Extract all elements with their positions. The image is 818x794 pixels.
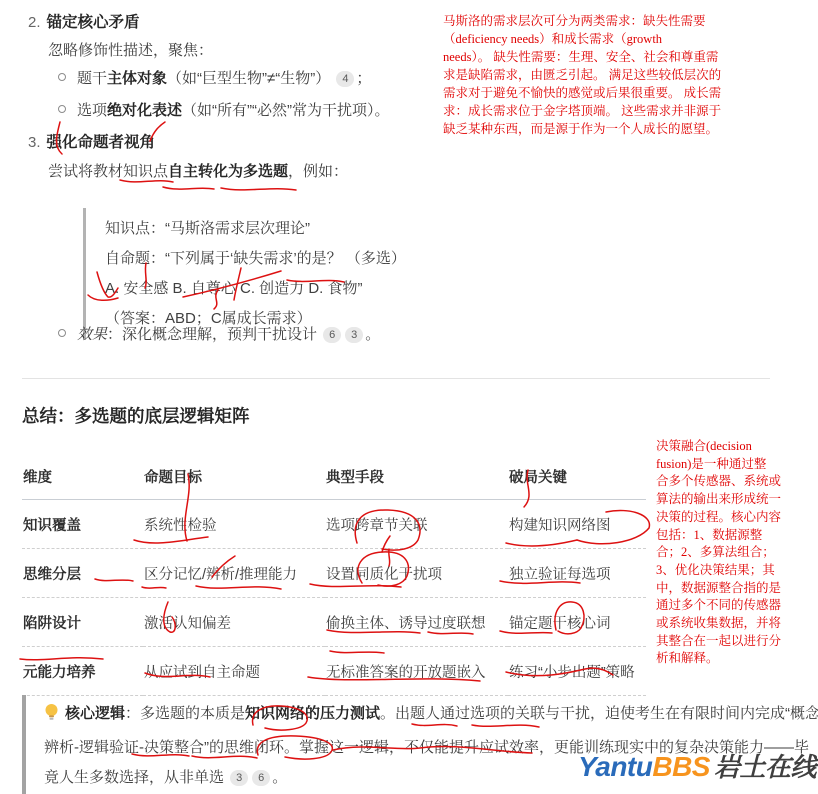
- effect-text: ：深化概念理解，预判干扰设计: [107, 326, 317, 343]
- table-row: 陷阱设计 激活认知偏差 偷换主体、诱导过度联想 锚定题干核心词: [22, 598, 646, 647]
- note-line: 求是缺陷需求，由匮乏引起。 满足这些较低层次的: [443, 66, 721, 84]
- summary-heading: 总结：多选题的底层逻辑矩阵: [22, 403, 250, 428]
- note-line: 缺乏某种东西，而是源于作为一个人成长的愿望。: [443, 120, 721, 138]
- quote-line: 知识点：“马斯洛需求层次理论”: [105, 214, 406, 244]
- note-line: 决策融合(decision: [656, 438, 781, 456]
- example-blockquote: 知识点：“马斯洛需求层次理论” 自命题：“下列属于‘缺失需求’的是？ （多选） …: [83, 208, 406, 340]
- item3-lead: 尝试将教材知识点自主转化为多选题，例如：: [28, 160, 348, 181]
- item2-bullet-1: 题干主体对象（如“巨型生物”≠“生物”） 4；: [58, 67, 371, 88]
- table-cell: 独立验证每选项: [508, 549, 646, 598]
- list-number: 3.: [28, 134, 41, 151]
- table-cell: 设置同质化干扰项: [325, 549, 508, 598]
- watermark-yantu: Yantu: [578, 751, 652, 782]
- quote-line: 自命题：“下列属于‘缺失需求’的是？ （多选）: [105, 244, 406, 274]
- table-cell: 构建知识网络图: [508, 500, 646, 549]
- lead-text: ，例如：: [288, 163, 348, 180]
- note-line: 3、优化决策结果；其: [656, 562, 781, 580]
- document-page: 2.锚定核心矛盾 忽略修饰性描述，聚焦： 题干主体对象（如“巨型生物”≠“生物”…: [0, 0, 818, 794]
- citation-badge[interactable]: 6: [252, 770, 270, 786]
- callout-text: 。: [272, 769, 287, 786]
- citation-badge[interactable]: 3: [230, 770, 248, 786]
- table-row: 思维分层 区分记忆/辨析/推理能力 设置同质化干扰项 独立验证每选项: [22, 549, 646, 598]
- note-line: 中，数据源整合指的是: [656, 580, 781, 598]
- note-line: fusion)是一种通过整: [656, 456, 781, 474]
- bullet-text: （如“巨型生物”≠“生物”）: [167, 70, 330, 87]
- note-line: 求：成长需求位于金字塔顶端。 这些需求并非源于: [443, 102, 721, 120]
- section-divider: [22, 378, 770, 379]
- column-header: 破局关键: [508, 453, 646, 500]
- table-header-row: 维度 命题目标 典型手段 破局关键: [22, 453, 646, 500]
- bullet-bold: 绝对化表述: [107, 102, 182, 119]
- note-line: 算法的输出来形成统一: [656, 491, 781, 509]
- column-header: 典型手段: [325, 453, 508, 500]
- item2-bullet-2: 选项绝对化表述（如“所有”“必然”常为干扰项）。: [58, 99, 390, 120]
- list-number: 2.: [28, 14, 41, 31]
- table-cell: 锚定题干核心词: [508, 598, 646, 647]
- bullet-text: 题干: [77, 70, 107, 87]
- bullet-circle-icon: [58, 73, 66, 81]
- table-cell: 偷换主体、诱导过度联想: [325, 598, 508, 647]
- note-line: 马斯洛的需求层次可分为两类需求：缺失性需要: [443, 12, 721, 30]
- note-line: 合多个传感器、系统或: [656, 473, 781, 491]
- item3-title: 强化命题者视角: [47, 134, 156, 151]
- logic-matrix-table: 维度 命题目标 典型手段 破局关键 知识覆盖 系统性检验 选项跨章节关联 构建知…: [22, 453, 646, 696]
- table-cell: 区分记忆/辨析/推理能力: [143, 549, 325, 598]
- item2-intro: 忽略修饰性描述，聚焦：: [28, 39, 213, 60]
- callout-label: 核心逻辑: [65, 705, 125, 722]
- quote-line: A. 安全感 B. 自尊心 C. 创造力 D. 食物”: [105, 274, 406, 304]
- table-cell: 系统性检验: [143, 500, 325, 549]
- note-line: （deficiency needs）和成长需求（growth: [443, 30, 721, 48]
- table-row: 知识覆盖 系统性检验 选项跨章节关联 构建知识网络图: [22, 500, 646, 549]
- annotation-note-maslow: 马斯洛的需求层次可分为两类需求：缺失性需要 （deficiency needs）…: [443, 12, 721, 138]
- table-cell: 元能力培养: [22, 647, 143, 696]
- note-line: 包括：1、数据源整: [656, 527, 781, 545]
- annotation-note-decision-fusion: 决策融合(decision fusion)是一种通过整 合多个传感器、系统或 算…: [656, 438, 781, 668]
- list-item-3-title: 3.强化命题者视角: [28, 130, 155, 152]
- callout-bold: 知识网络的压力测试: [245, 705, 380, 722]
- table-cell: 从应试到自主命题: [143, 647, 325, 696]
- bullet-text: （如“所有”“必然”常为干扰项）。: [182, 102, 389, 119]
- table-cell: 练习“小步出题”策略: [508, 647, 646, 696]
- lightbulb-icon: [44, 702, 59, 733]
- citation-badge[interactable]: 6: [323, 327, 341, 343]
- note-line: 析和解释。: [656, 650, 781, 668]
- column-header: 维度: [22, 453, 143, 500]
- callout-text: ：多选题的本质是: [125, 705, 245, 722]
- table-cell: 思维分层: [22, 549, 143, 598]
- watermark-chinese: 岩土在线: [714, 752, 816, 782]
- watermark-bbs: BBS: [652, 751, 710, 782]
- note-line: 或系统收集数据，并将: [656, 615, 781, 633]
- citation-badge[interactable]: 3: [345, 327, 363, 343]
- item2-title: 锚定核心矛盾: [47, 14, 140, 31]
- yantubbs-watermark-logo: YantuBBS岩土在线: [578, 747, 816, 784]
- bullet-circle-icon: [58, 105, 66, 113]
- bullet-circle-icon: [58, 329, 66, 337]
- table-cell: 激活认知偏差: [143, 598, 325, 647]
- note-line: 其整合在一起以进行分: [656, 633, 781, 651]
- item3-effect-bullet: 效果：深化概念理解，预判干扰设计 63。: [58, 323, 380, 344]
- bullet-text: ；: [356, 70, 371, 87]
- note-line: 通过多个不同的传感器: [656, 597, 781, 615]
- citation-badge[interactable]: 4: [336, 71, 354, 87]
- table-cell: 选项跨章节关联: [325, 500, 508, 549]
- effect-text: 。: [365, 326, 380, 343]
- table-cell: 陷阱设计: [22, 598, 143, 647]
- table-row: 元能力培养 从应试到自主命题 无标准答案的开放题嵌入 练习“小步出题”策略: [22, 647, 646, 696]
- lead-text: 尝试将教材知识点: [48, 163, 168, 180]
- bullet-text: 选项: [77, 102, 107, 119]
- column-header: 命题目标: [143, 453, 325, 500]
- lead-bold: 自主转化为多选题: [168, 163, 288, 180]
- note-line: 决策的过程。核心内容: [656, 509, 781, 527]
- table-cell: 知识覆盖: [22, 500, 143, 549]
- effect-label: 效果: [77, 326, 107, 343]
- note-line: 需求对于避免不愉快的感觉或后果很重要。 成长需: [443, 84, 721, 102]
- bullet-bold: 主体对象: [107, 70, 167, 87]
- note-line: 合；2、多算法组合；: [656, 544, 781, 562]
- list-item-2-title: 2.锚定核心矛盾: [28, 10, 140, 32]
- table-cell: 无标准答案的开放题嵌入: [325, 647, 508, 696]
- note-line: needs）。 缺失性需要：生理、安全、社会和尊重需: [443, 48, 721, 66]
